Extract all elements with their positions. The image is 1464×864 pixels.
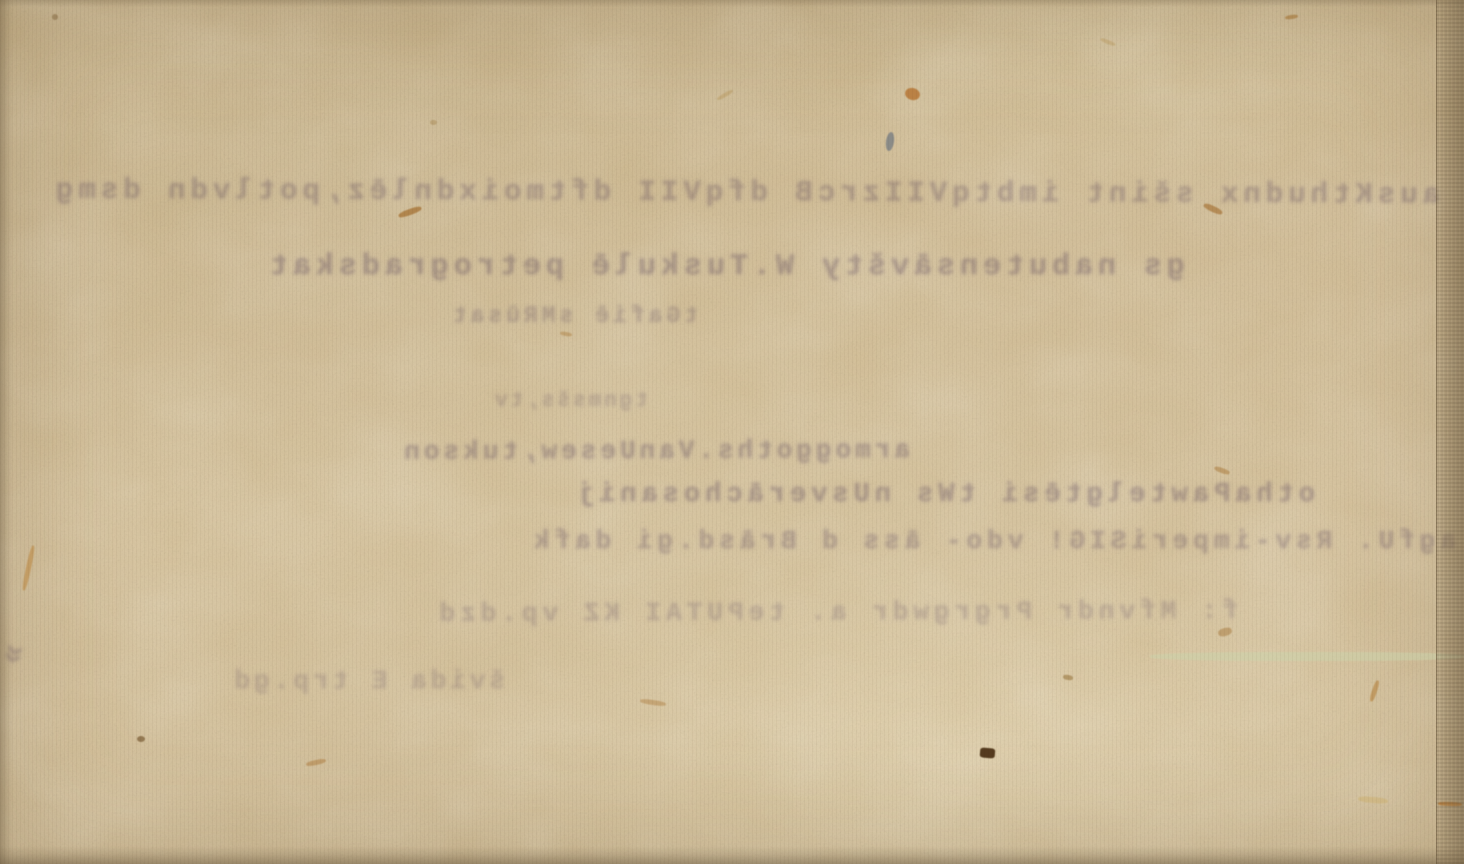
paper-fleck xyxy=(52,14,58,20)
paper-fleck xyxy=(980,747,996,758)
paper-blotch-texture xyxy=(0,0,1464,864)
paper-fleck xyxy=(885,132,896,152)
bleedthrough-text-line: agfU. Rsv-imperiSIG! vdo- āss d Brāsd.gi… xyxy=(8,526,1456,556)
bleedthrough-text-line: f: Mfvndr Prgrgwdr a. tePUTAI KZ vp.dzd xyxy=(28,596,1238,630)
bleedthrough-text-line: gs nabutensāvšty W.Tuskulē petrogradskat xyxy=(55,250,1185,284)
paper-fleck xyxy=(1203,202,1224,216)
paper-fleck xyxy=(430,120,437,125)
scan-edge-left xyxy=(0,0,13,864)
bleedthrough-text-line: ausKthudnx sšint imbtqVIIzrcB dfqVII dft… xyxy=(18,174,1440,212)
paper-fleck xyxy=(904,86,922,101)
paper-fleck xyxy=(640,698,666,707)
scan-edge-bottom xyxy=(0,846,1464,864)
scan-edge-right xyxy=(1436,0,1464,864)
bleedthrough-text-line: tgnmsšs,tv xyxy=(398,390,648,413)
paper-fleck xyxy=(21,545,35,591)
paper-fleck xyxy=(1217,626,1233,637)
paper-fleck xyxy=(1438,802,1462,807)
paper-fleck xyxy=(716,89,734,101)
bleedthrough-text-line: othaPawtelgtēsi tWs nUsverāchosanij xyxy=(225,480,1315,510)
paper-grain-texture xyxy=(0,0,1464,864)
paper-fleck xyxy=(1214,465,1231,475)
paper-sheet: ausKthudnx sšint imbtqVIIzrcB dfqVII dft… xyxy=(0,0,1464,864)
paper-fleck xyxy=(398,205,423,219)
scan-edge-top xyxy=(0,0,1464,7)
bleedthrough-text-line: švida E trp.gd xyxy=(55,666,505,696)
bleedthrough-text-line: » xyxy=(0,640,36,688)
paper-fleck xyxy=(1285,14,1298,20)
paper-fleck xyxy=(306,758,327,767)
paper-fleck xyxy=(1063,674,1074,681)
paper-fleck xyxy=(560,331,573,337)
bleedthrough-text-line: armoggoths.VanUesew,tukson xyxy=(330,435,910,467)
ink-bleedthrough-layer: ausKthudnx sšint imbtqVIIzrcB dfqVII dft… xyxy=(0,0,1464,864)
paper-fibers-layer xyxy=(0,0,1464,864)
paper-fleck xyxy=(1358,796,1388,805)
paper-fleck xyxy=(1150,652,1464,661)
paper-fleck xyxy=(1100,37,1116,47)
paper-fleck xyxy=(1369,680,1381,702)
bleedthrough-text-line: tGafiē sMRūsat xyxy=(268,303,698,329)
paper-fleck xyxy=(137,736,145,742)
